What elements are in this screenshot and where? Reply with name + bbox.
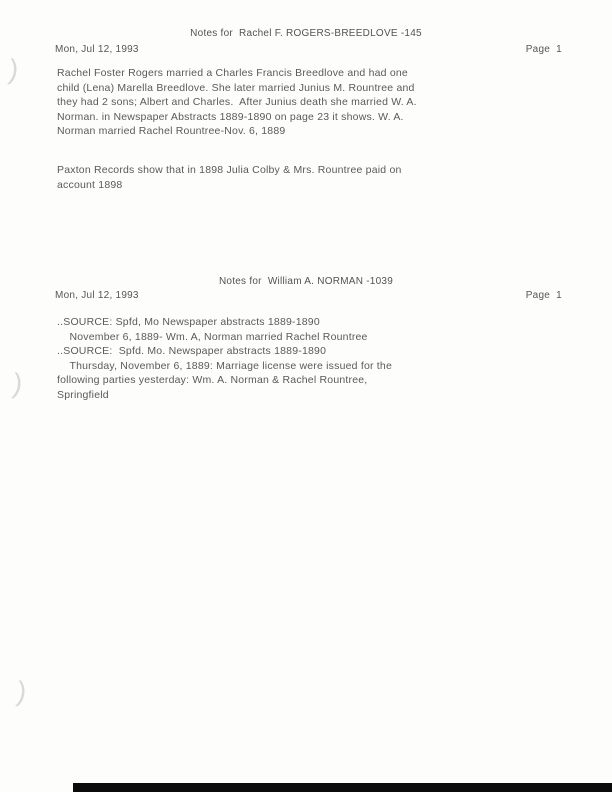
page-number-label: Page 1 xyxy=(526,44,562,55)
section-title: Notes for William A. NORMAN -1039 xyxy=(0,276,612,287)
meta-row: Mon, Jul 12, 1993 Page 1 xyxy=(55,44,562,55)
binding-mark-icon: ) xyxy=(15,676,29,709)
binding-mark-icon: ) xyxy=(11,368,25,401)
scan-edge-bar xyxy=(73,783,612,792)
scanned-document-page: ) ) ) Notes for Rachel F. ROGERS-BREEDLO… xyxy=(0,0,612,792)
date-label: Mon, Jul 12, 1993 xyxy=(55,44,139,55)
date-label: Mon, Jul 12, 1993 xyxy=(55,290,139,301)
notes-source-lines: ..SOURCE: Spfd, Mo Newspaper abstracts 1… xyxy=(57,315,572,402)
section-title: Notes for Rachel F. ROGERS-BREEDLOVE -14… xyxy=(0,28,612,39)
binding-mark-icon: ) xyxy=(7,54,21,87)
notes-paragraph: Paxton Records show that in 1898 Julia C… xyxy=(57,163,572,192)
page-number-label: Page 1 xyxy=(526,290,562,301)
notes-paragraph: Rachel Foster Rogers married a Charles F… xyxy=(57,66,572,139)
meta-row: Mon, Jul 12, 1993 Page 1 xyxy=(55,290,562,301)
